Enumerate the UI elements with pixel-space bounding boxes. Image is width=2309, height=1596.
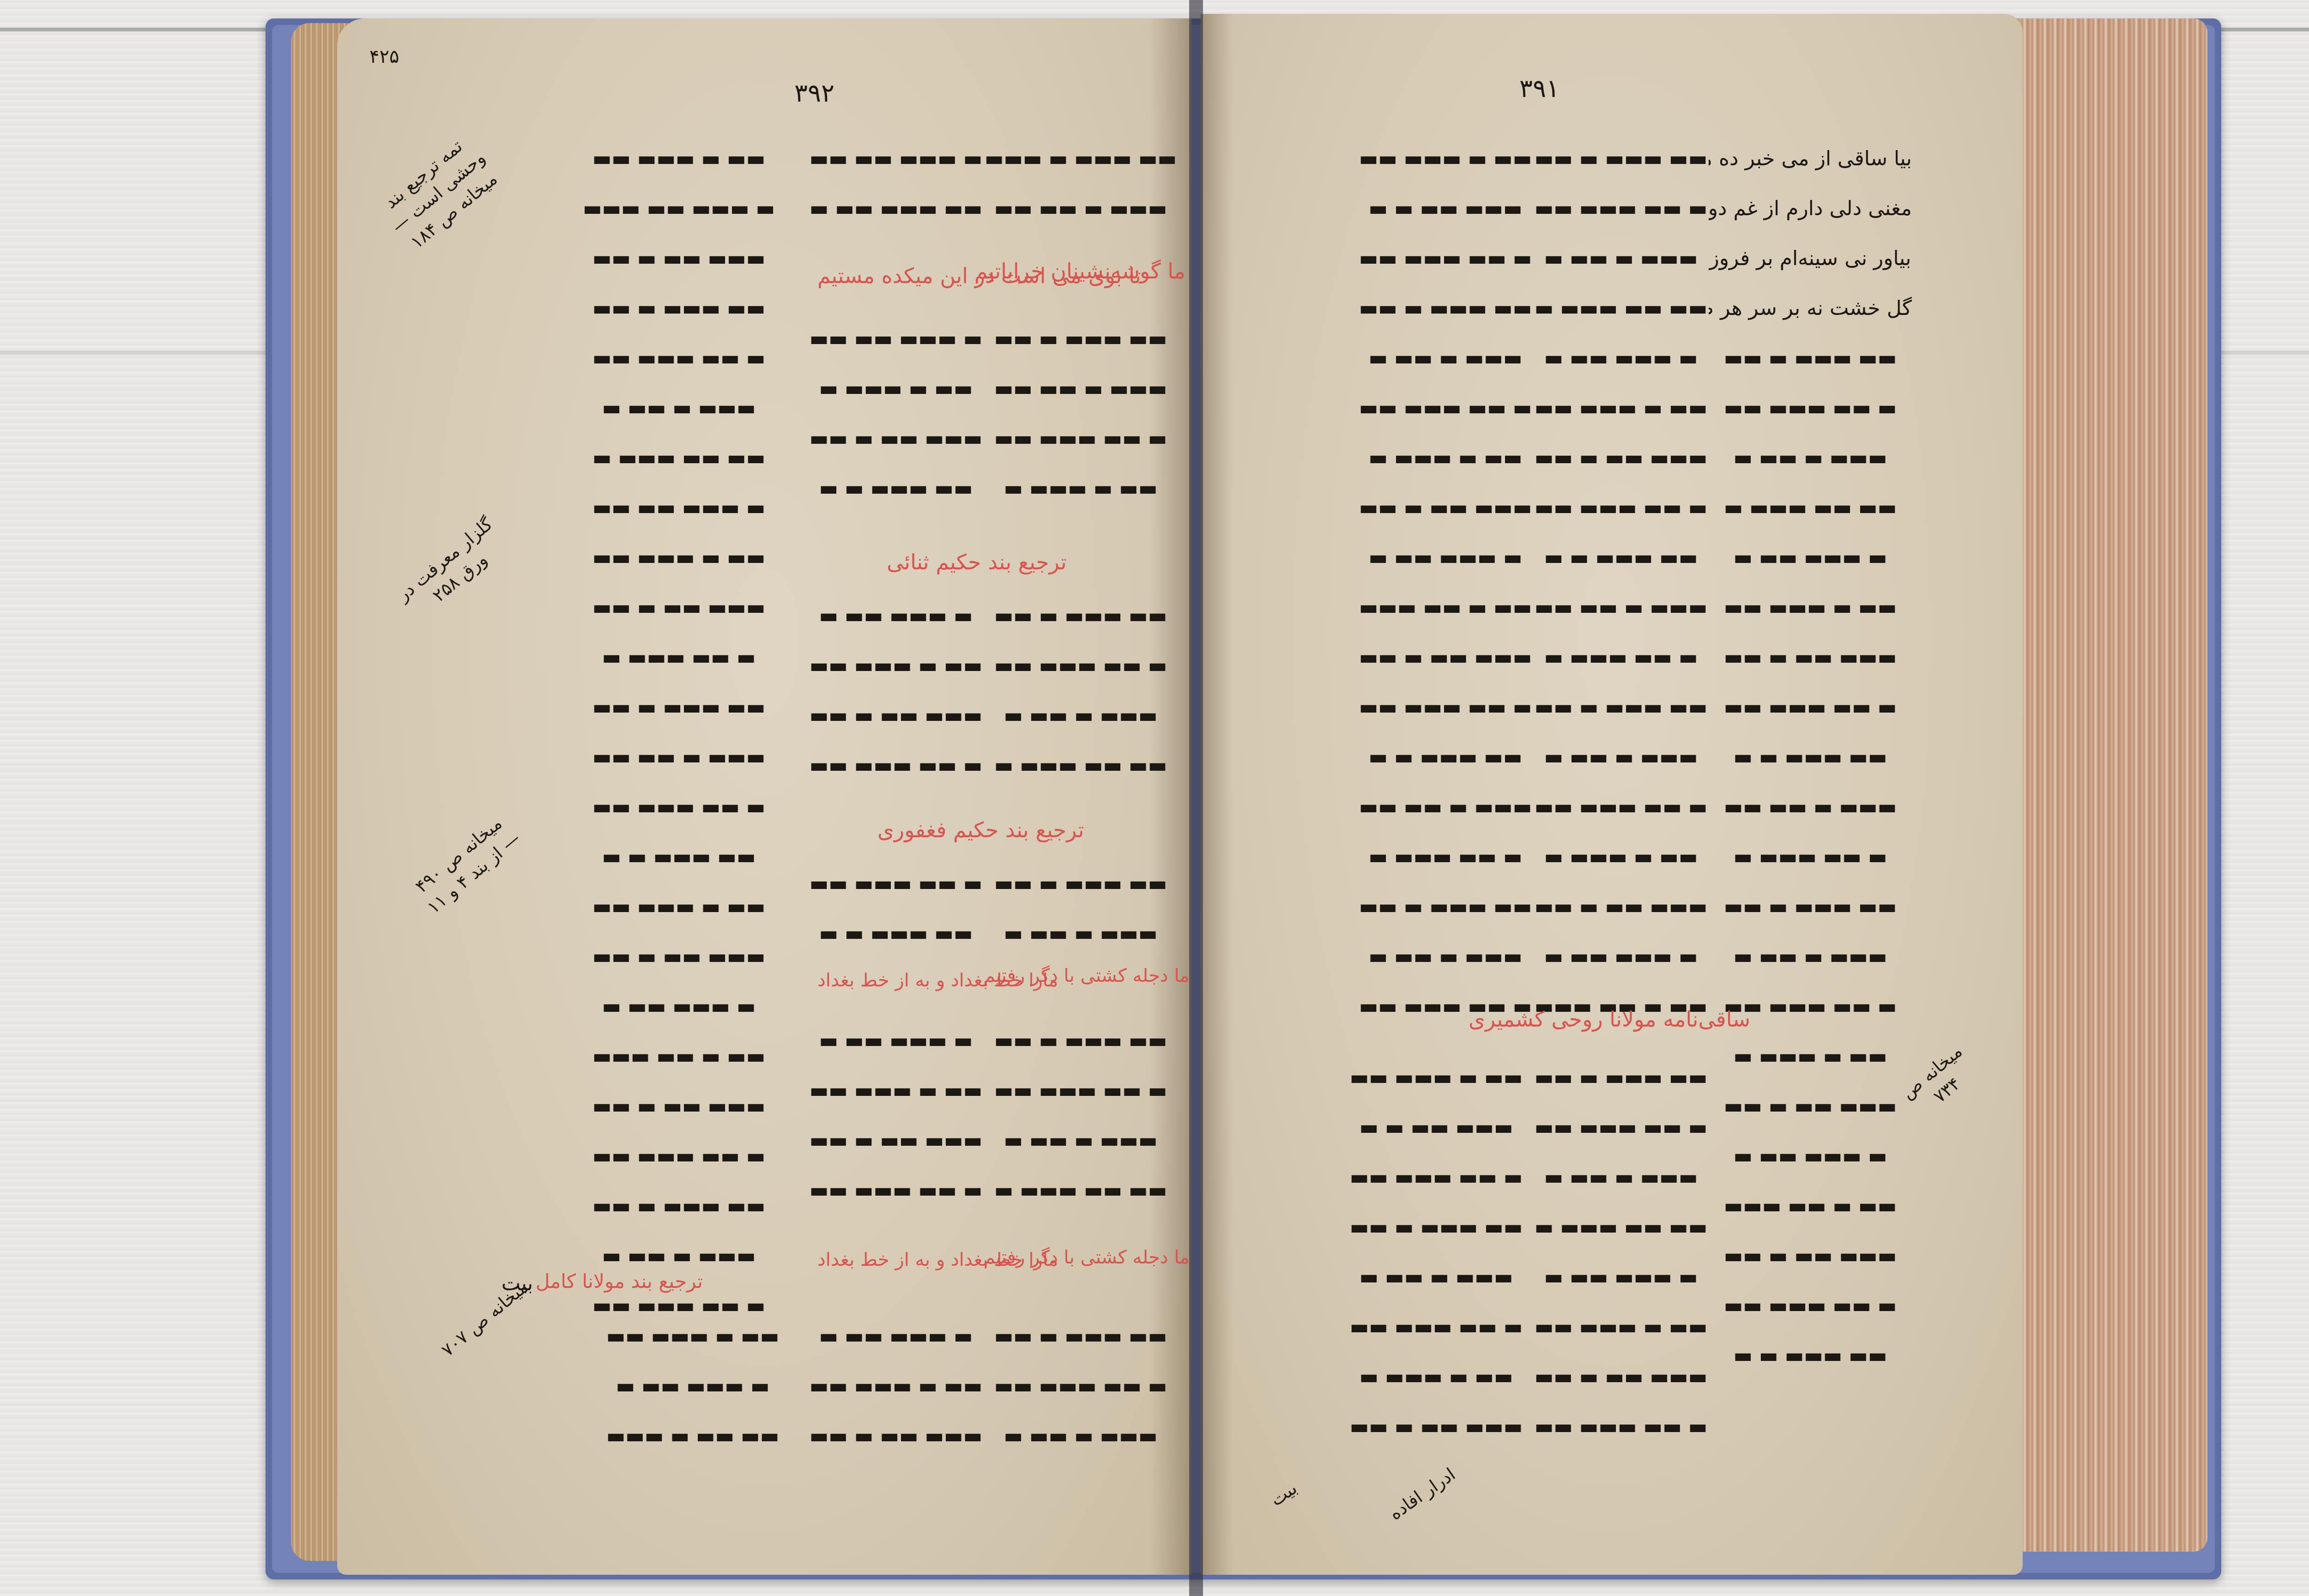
corner-folio-number: ۴۲۵ [369, 46, 399, 67]
text-column: ▬▬ ▬ ▬▬▬ ▬▬▬ ▬▬▬ ▬▬ ▬▬▬ ▬▬ ▬ ▬▬▬ [596, 1312, 790, 1461]
text-column: ▬▬ ▬ ▬▬▬ ▬▬▬ ▬▬▬ ▬▬ ▬▬▬▬▬▬ ▬▬ ▬ ▬▬ ▬▬ ▬▬… [577, 134, 780, 1331]
rubric-refrain: تا بوی می است در این میکده مستیم [817, 263, 1141, 288]
verse-line: گل خشت نه بر سر هر صبح [1709, 284, 1912, 333]
text-column: ▬▬ ▬▬▬ ▬ ▬▬▬ ▬▬ ▬▬▬ ▬▬▬▬▬ ▬ ▬▬ ▬▬▬ ▬▬ ▬▬… [984, 591, 1178, 791]
rubric-refrain: مارا خط بغداد و به از خط بغداد [817, 970, 1058, 991]
page-number: ۳۹۲ [794, 79, 834, 108]
text-column: ▬ ▬▬▬ ▬▬ ▬▬▬ ▬ ▬▬▬ ▬▬▬▬▬ ▬▬ ▬ ▬▬▬ ▬▬ ▬▬▬… [799, 591, 993, 791]
rubric-refrain: مارا خط بغداد و به از خط بغداد [817, 1249, 1058, 1270]
right-page: ۳۹۱ بیا ساقی از می خبر ده مرا مغنی دلی د… [1201, 14, 2023, 1575]
text-column: ▬ ▬▬▬ ▬▬ ▬▬▬ ▬ ▬▬▬ ▬▬▬▬▬ ▬▬ ▬ ▬▬▬ ▬▬ ▬▬▬… [799, 1016, 993, 1215]
gutter [1189, 0, 1203, 1596]
bottom-note: بیت [1247, 1463, 1321, 1525]
text-column: ▬▬ ▬▬▬ ▬ ▬▬▬▬▬▬ ▬ ▬▬ ▬▬ [984, 134, 1178, 234]
margin-note: میخانه ص ۴۹۰ — از بند ۴ و ۱۱ [405, 807, 527, 921]
bottom-note: ادرار افاده [1378, 1458, 1467, 1530]
text-column: ▬▬ ▬▬▬ ▬ ▬▬▬ ▬▬ ▬▬▬ ▬▬▬▬▬ ▬ ▬▬ ▬ ▬▬ ▬▬ ▬… [1524, 1053, 1718, 1452]
text-column: ▬▬ ▬▬▬ ▬ ▬▬▬▬▬ ▬ ▬▬ ▬ [984, 859, 1178, 959]
left-page: ۴۲۵ ۳۹۲ تمه ترجیع بند وحشی است — میخانه … [337, 18, 1191, 1575]
page-number: ۳۹۱ [1519, 74, 1559, 103]
text-column: ▬ ▬▬▬ ▬▬ ▬▬▬ ▬ ▬▬▬ ▬▬▬▬▬ ▬▬ ▬ ▬▬ [799, 1312, 993, 1461]
text-column: ▬ ▬▬ ▬▬▬ ▬▬▬▬ ▬▬▬ ▬ ▬ [799, 859, 993, 959]
text-column: ▬▬ ▬▬▬ ▬ ▬▬▬ ▬▬ ▬▬▬ ▬▬▬▬▬ ▬ ▬▬ ▬ [984, 1312, 1178, 1461]
text-column: ▬▬ ▬▬▬ ▬ ▬▬▬ ▬▬ ▬▬▬ ▬▬▬▬▬ ▬ ▬▬ ▬ ▬▬ ▬▬ ▬… [1524, 134, 1718, 1032]
verse-line: بیاور نی سینه‌ام بر فروز [1709, 234, 1912, 284]
page-edges-right [2000, 18, 2207, 1552]
text-column: ▬▬ ▬▬▬ ▬ ▬▬▬ ▬▬ ▬▬▬ ▬▬▬▬▬ ▬ ▬▬ ▬▬▬ ▬▬ ▬▬… [984, 1016, 1178, 1215]
margin-note: تمه ترجیع بند وحشی است — میخانه ص ۱۸۴ [366, 124, 511, 261]
catchword: بیت [499, 1270, 536, 1297]
text-column: ▬▬ ▬ ▬▬▬ ▬▬▬▬▬ ▬▬ ▬ ▬▬ ▬▬ ▬▬▬ ▬▬ ▬▬ ▬▬▬ … [1353, 134, 1538, 1032]
text-column: ▬ ▬▬▬ ▬▬ ▬▬▬▬ ▬▬▬ ▬▬ ▬ [799, 134, 993, 234]
section-title: ترجیع بند حکیم فغفوری [877, 817, 1084, 842]
text-column: ▬▬ ▬▬▬ ▬ ▬▬▬▬▬ ▬ ▬▬ ▬▬▬ ▬▬ ▬▬▬ ▬▬▬▬ ▬ ▬▬… [984, 314, 1178, 514]
text-column: ▬ ▬▬▬ ▬▬ ▬▬▬▬ ▬ ▬▬▬ ▬▬▬▬ ▬▬ ▬ ▬▬▬▬ ▬▬▬ ▬… [799, 314, 993, 514]
margin-note: گلزار معرفت در ورق ۲۵۸ [391, 512, 514, 625]
text-column: بیا ساقی از می خبر ده مرا مغنی دلی دارم … [1709, 134, 1912, 1381]
verse-line: بیا ساقی از می خبر ده مرا [1709, 134, 1912, 184]
verse-line: مغنی دلی دارم از غم دو نیم [1709, 184, 1912, 234]
section-title: ساقی‌نامه مولانا روحی کشمیری [1469, 1007, 1750, 1032]
text-column: ▬▬ ▬ ▬▬▬ ▬▬▬▬▬ ▬▬ ▬ ▬▬ ▬▬ ▬▬▬ ▬▬ ▬▬ ▬▬▬ … [1339, 1053, 1533, 1452]
section-title: ترجیع بند حکیم ثنائی [887, 550, 1067, 574]
section-title: ترجیع بند مولانا کامل [536, 1270, 703, 1293]
